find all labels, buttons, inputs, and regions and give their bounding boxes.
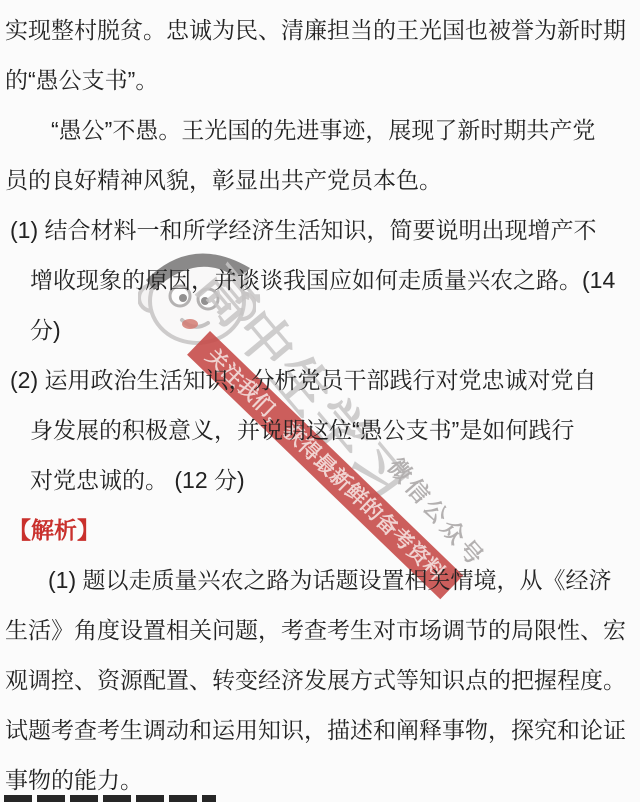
analysis-line-4: 试题考查考生调动和运用知识，描述和阐释事物，探究和论证 xyxy=(5,705,640,755)
body-line-4: 员的良好精神风貌，彰显出共产党员本色。 xyxy=(5,155,640,205)
cutoff-next-line xyxy=(4,795,216,802)
document-page: 高中生学习 关注我们，获得最新鲜的备考资料 微信公众号 实现整村脱贫。忠诚为民、… xyxy=(0,0,640,802)
analysis-line-2: 生活》角度设置相关问题，考查考生对市场调节的局限性、宏 xyxy=(5,605,640,655)
body-line-1: 实现整村脱贫。忠诚为民、清廉担当的王光国也被誉为新时期 xyxy=(5,5,640,55)
document-text: 实现整村脱贫。忠诚为民、清廉担当的王光国也被誉为新时期 的“愚公支书”。 “愚公… xyxy=(0,0,640,802)
question-1-line-2: 增收现象的原因，并谈谈我国应如何走质量兴农之路。(14 xyxy=(30,255,640,305)
analysis-line-3: 观调控、资源配置、转变经济发展方式等知识点的把握程度。 xyxy=(5,655,640,705)
body-line-2: 的“愚公支书”。 xyxy=(5,55,640,105)
question-2-line-2: 身发展的积极意义，并说明这位“愚公支书”是如何践行 xyxy=(30,405,640,455)
question-2-line-1: (2) 运用政治生活知识，分析党员干部践行对党忠诚对党自 xyxy=(10,355,640,405)
body-line-3: “愚公”不愚。王光国的先进事迹，展现了新时期共产党 xyxy=(51,105,640,155)
question-1-line-3: 分) xyxy=(30,305,640,355)
question-1-line-1: (1) 结合材料一和所学经济生活知识，简要说明出现增产不 xyxy=(10,205,640,255)
question-2-line-3: 对党忠诚的。 (12 分) xyxy=(30,455,640,505)
analysis-label: 【解析】 xyxy=(8,505,640,555)
analysis-line-1: (1) 题以走质量兴农之路为话题设置相关情境，从《经济 xyxy=(48,555,640,605)
